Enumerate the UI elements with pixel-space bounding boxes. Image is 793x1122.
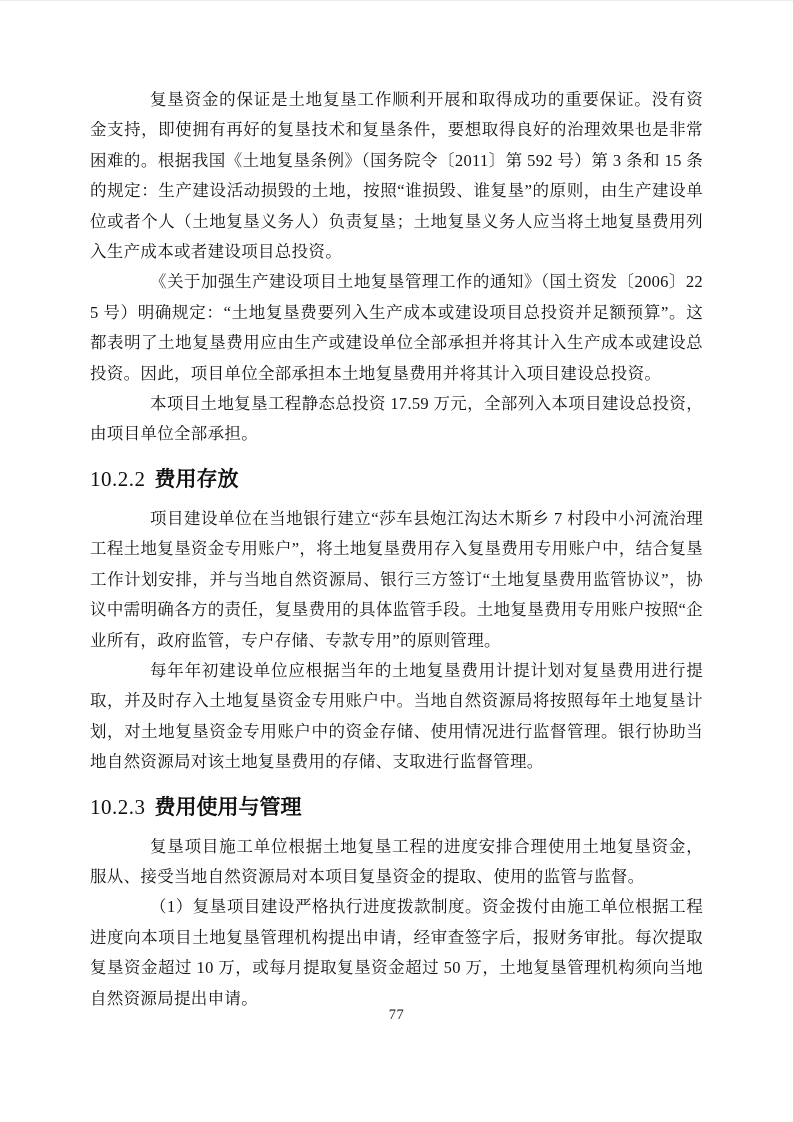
paragraph-funding-guarantee: 复垦资金的保证是土地复垦工作顺利开展和取得成功的重要保证。没有资金支持，即使拥有… [90, 85, 703, 267]
section-number-fee-usage: 10.2.3 [90, 795, 146, 819]
paragraph-annual-deposit: 每年年初建设单位应根据当年的土地复垦费用计提计划对复垦费用进行提取，并及时存入土… [90, 656, 703, 778]
section-heading-fee-storage: 10.2.2费用存放 [90, 464, 703, 495]
page-number: 77 [0, 1007, 793, 1024]
paragraph-total-investment: 本项目土地复垦工程静态总投资 17.59 万元，全部列入本项目建设总投资，由项目… [90, 389, 703, 450]
paragraph-progress-payment: （1）复垦项目建设严格执行进度拨款制度。资金拨付由施工单位根据工程进度向本项目土… [90, 892, 703, 1014]
paragraph-notice-regulation: 《关于加强生产建设项目土地复垦管理工作的通知》（国土资发〔2006〕225 号）… [90, 267, 703, 389]
document-body: 复垦资金的保证是土地复垦工作顺利开展和取得成功的重要保证。没有资金支持，即使拥有… [90, 85, 703, 1014]
section-title-fee-storage: 费用存放 [155, 468, 239, 491]
paragraph-special-account: 项目建设单位在当地银行建立“莎车县炮江沟达木斯乡 7 村段中小河流治理工程土地复… [90, 504, 703, 656]
section-heading-fee-usage: 10.2.3费用使用与管理 [90, 792, 703, 823]
section-number-fee-storage: 10.2.2 [90, 467, 146, 491]
paragraph-usage-supervision: 复垦项目施工单位根据土地复垦工程的进度安排合理使用土地复垦资金，服从、接受当地自… [90, 832, 703, 893]
document-page: 复垦资金的保证是土地复垦工作顺利开展和取得成功的重要保证。没有资金支持，即使拥有… [0, 0, 793, 1122]
section-title-fee-usage: 费用使用与管理 [155, 796, 302, 819]
